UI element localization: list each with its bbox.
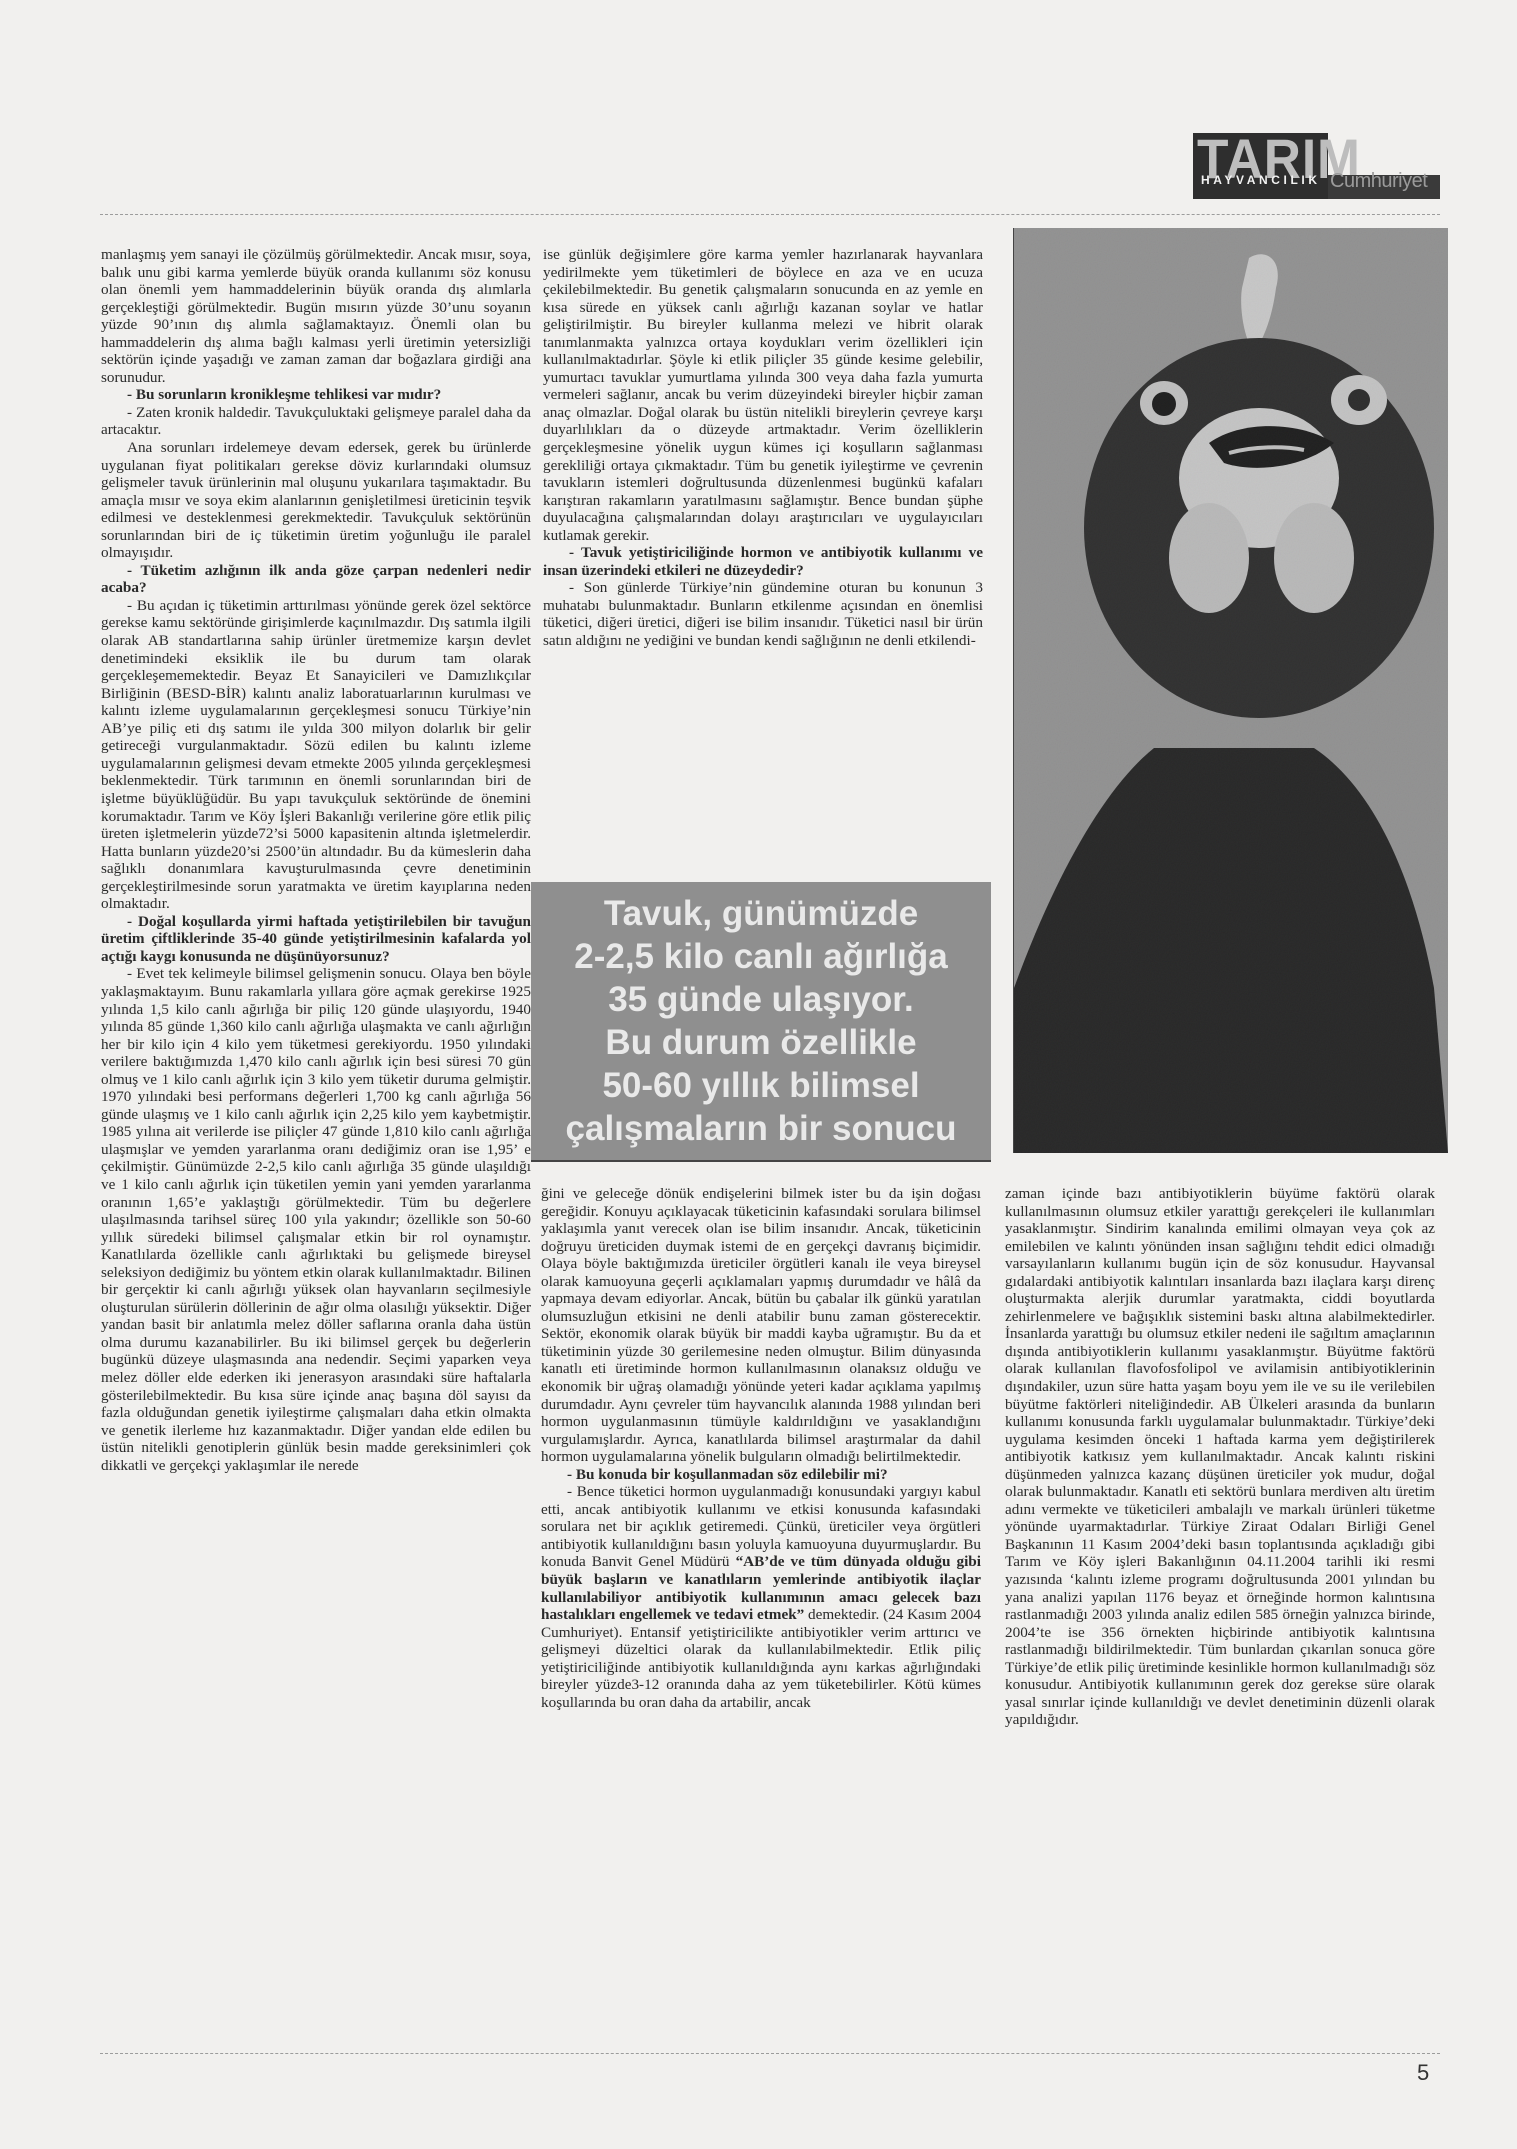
pull-quote-line: Bu durum özellikle	[605, 1021, 916, 1064]
hen-photo	[1013, 228, 1448, 1153]
interview-answer: - Bu açıdan iç tüketimin arttırılması yö…	[101, 597, 531, 913]
masthead-publication-name: Cumhuriyet	[1330, 171, 1427, 191]
pull-quote-line: Tavuk, günümüzde	[604, 892, 918, 935]
pull-quote-line: 50-60 yıllık bilimsel	[602, 1064, 919, 1107]
hen-illustration-icon	[1014, 228, 1448, 1153]
article-column-2-top: ise günlük değişimlere göre karma yemler…	[543, 246, 983, 650]
top-dashed-rule	[100, 214, 1440, 215]
pull-quote-line: çalışmaların bir sonucu	[566, 1107, 957, 1150]
interview-answer: - Bence tüketici hormon uygulanmadığı ko…	[541, 1483, 981, 1711]
interview-answer: - Son günlerde Türkiye’nin gündemine otu…	[543, 579, 983, 649]
newspaper-page: TARIM HAYVANCILIK Cumhuriyet manlaşmış y…	[0, 0, 1517, 2149]
body-paragraph: ise günlük değişimlere göre karma yemler…	[543, 246, 983, 544]
bottom-dashed-rule	[100, 2053, 1440, 2054]
article-column-3-bottom: zaman içinde bazı antibiyotiklerin büyüm…	[1005, 1185, 1435, 1729]
masthead-section-subtitle: HAYVANCILIK	[1201, 174, 1321, 186]
interview-question: - Doğal koşullarda yirmi haftada yetişti…	[101, 913, 531, 966]
page-number: 5	[1417, 2060, 1429, 2086]
interview-answer: Ana sorunları irdelemeye devam edersek, …	[101, 439, 531, 562]
body-paragraph: manlaşmış yem sanayi ile çözülmüş görülm…	[101, 246, 531, 386]
interview-question: - Tavuk yetiştiriciliğinde hormon ve ant…	[543, 544, 983, 579]
interview-question: - Bu konuda bir koşullanmadan söz edileb…	[541, 1466, 981, 1484]
interview-answer: - Evet tek kelimeyle bilimsel gelişmenin…	[101, 965, 531, 1474]
pull-quote-line: 2-2,5 kilo canlı ağırlığa	[574, 935, 947, 978]
interview-question: - Tüketim azlığının ilk anda göze çarpan…	[101, 562, 531, 597]
body-paragraph: ğini ve geleceğe dönük endişelerini bilm…	[541, 1185, 981, 1466]
pull-quote-box: Tavuk, günümüzde 2-2,5 kilo canlı ağırlı…	[531, 882, 991, 1162]
interview-answer: - Zaten kronik haldedir. Tavukçuluktaki …	[101, 404, 531, 439]
body-paragraph: zaman içinde bazı antibiyotiklerin büyüm…	[1005, 1185, 1435, 1729]
article-column-1: manlaşmış yem sanayi ile çözülmüş görülm…	[101, 246, 531, 1474]
pull-quote-line: 35 günde ulaşıyor.	[608, 978, 913, 1021]
section-masthead: TARIM HAYVANCILIK Cumhuriyet	[1193, 133, 1440, 199]
interview-question: - Bu sorunların kronikleşme tehlikesi va…	[101, 386, 531, 404]
article-column-2-bottom: ğini ve geleceğe dönük endişelerini bilm…	[541, 1185, 981, 1711]
